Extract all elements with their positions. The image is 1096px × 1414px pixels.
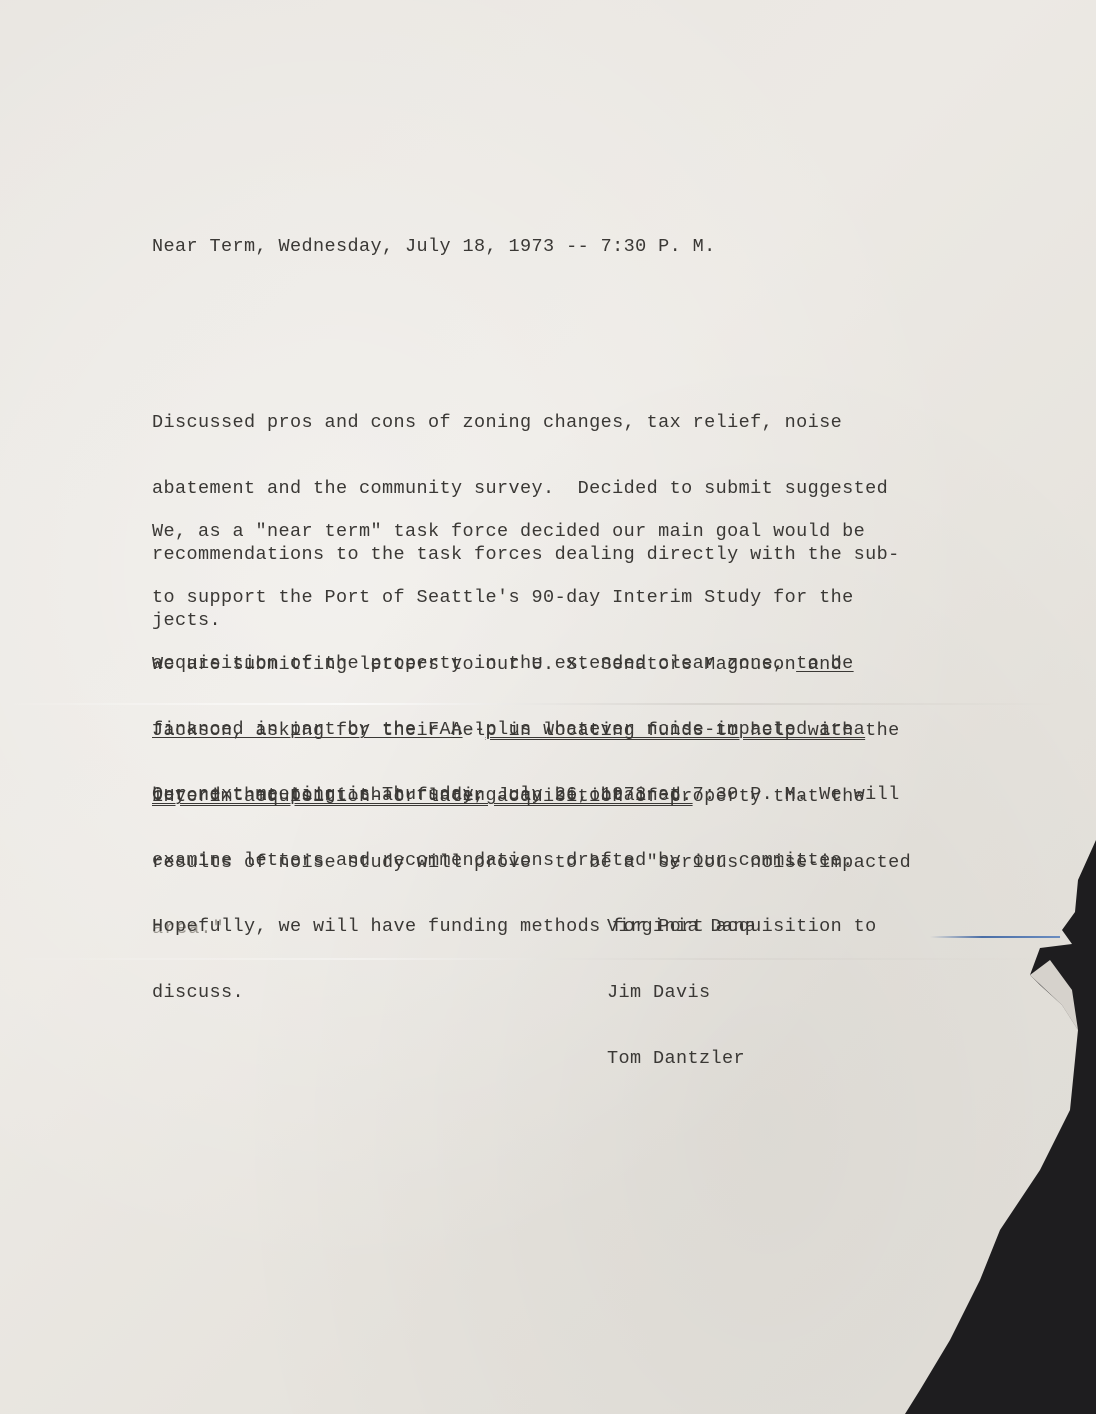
signatory-name: Tom Dantzler — [607, 1048, 757, 1070]
signature-block: Virginia Dana Jim Davis Tom Dantzler — [607, 872, 757, 1092]
paragraph-next-meeting: Our next meeting is Thursday, July 26, 1… — [152, 740, 900, 1026]
text-line: Our next meeting is Thursday, July 26, 1… — [152, 784, 900, 806]
text-line: Jackson, asking for their help in locati… — [152, 720, 911, 742]
text-line: Discussed pros and cons of zoning change… — [152, 412, 900, 434]
text-line: We, as a "near term" task force decided … — [152, 521, 865, 543]
text-line: discuss. — [152, 982, 900, 1004]
signatory-name: Virginia Dana — [607, 916, 757, 938]
text-line: examine letters and recommendations draf… — [152, 850, 900, 872]
ink-mark — [930, 936, 1060, 938]
text-line: to support the Port of Seattle's 90-day … — [152, 587, 865, 609]
text-line: We are submitting letters to our U. S. S… — [152, 654, 911, 676]
document-heading: Near Term, Wednesday, July 18, 1973 -- 7… — [152, 236, 716, 258]
signatory-name: Jim Davis — [607, 982, 757, 1004]
text-line: Hopefully, we will have funding methods … — [152, 916, 900, 938]
